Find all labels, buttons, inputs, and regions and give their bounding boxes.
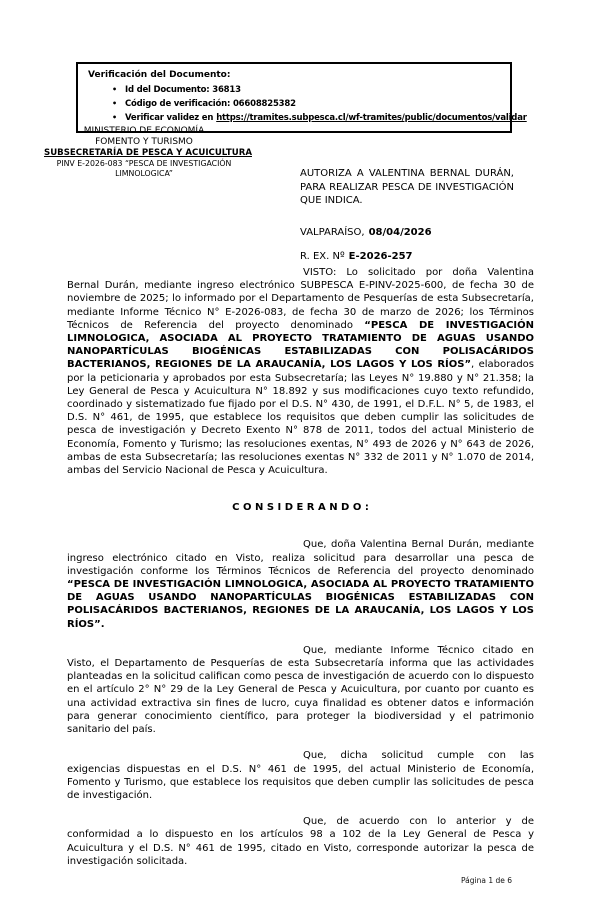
resolution-prefix: R. EX. Nº [300,251,345,262]
ministry-subtitle: FOMENTO Y TURISMO [44,137,244,148]
resolution-number-line: R. EX. NºE-2026-257 [300,251,413,262]
considerando-paragraph-1: Que, doña Valentina Bernal Durán, median… [67,538,534,630]
considerando-paragraph-2: Que, mediante Informe Técnico citado en … [67,644,534,736]
verification-url-link[interactable]: https://tramites.subpesca.cl/wf-tramites… [216,113,527,123]
visto-paragraph: VISTO: Lo solicitado por doña Valentina … [67,266,534,477]
subject-title: AUTORIZA A VALENTINA BERNAL DURÁN, PARA … [300,167,514,208]
verification-item-validate: • Verificar validez en https://tramites.… [88,113,506,123]
page-number: Página 1 de 6 [461,876,512,885]
verification-item-code: • Código de verificación: 06608825382 [88,99,506,109]
project-reference-line2: LIMNOLOGICA” [44,169,244,179]
bullet-icon: • [112,113,125,123]
considerando-paragraph-4: Que, de acuerdo con lo anterior y de con… [67,815,534,868]
date-value: 08/04/2026 [369,227,432,238]
bullet-icon: • [112,99,125,109]
considerando-paragraph-3: Que, dicha solicitud cumple con las exig… [67,749,534,802]
letterhead: MINISTERIO DE ECONOMÍA FOMENTO Y TURISMO… [44,126,244,179]
place-label: VALPARAÍSO, [300,227,365,238]
verification-title: Verificación del Documento: [88,70,506,81]
considerando-heading: C O N S I D E R A N D O : [67,501,534,514]
resolution-number: E-2026-257 [349,251,413,262]
verification-box: Verificación del Documento: • Id del Doc… [76,62,512,133]
project-reference-line1: PINV E-2026-083 “PESCA DE INVESTIGACIÓN [44,159,244,169]
verification-document-id-text: Id del Documento: 36813 [125,85,241,95]
bullet-icon: • [112,85,125,95]
document-body: VISTO: Lo solicitado por doña Valentina … [67,266,534,881]
document-page: Verificación del Documento: • Id del Doc… [0,0,600,918]
verification-validate-prefix: Verificar validez en [125,113,213,123]
subsecretaria-title: SUBSECRETARÍA DE PESCA Y ACUICULTURA [44,148,244,159]
verification-item-document-id: • Id del Documento: 36813 [88,85,506,95]
ministry-name: MINISTERIO DE ECONOMÍA [44,126,244,137]
verification-code-text: Código de verificación: 06608825382 [125,99,296,109]
place-date-line: VALPARAÍSO,08/04/2026 [300,227,432,238]
